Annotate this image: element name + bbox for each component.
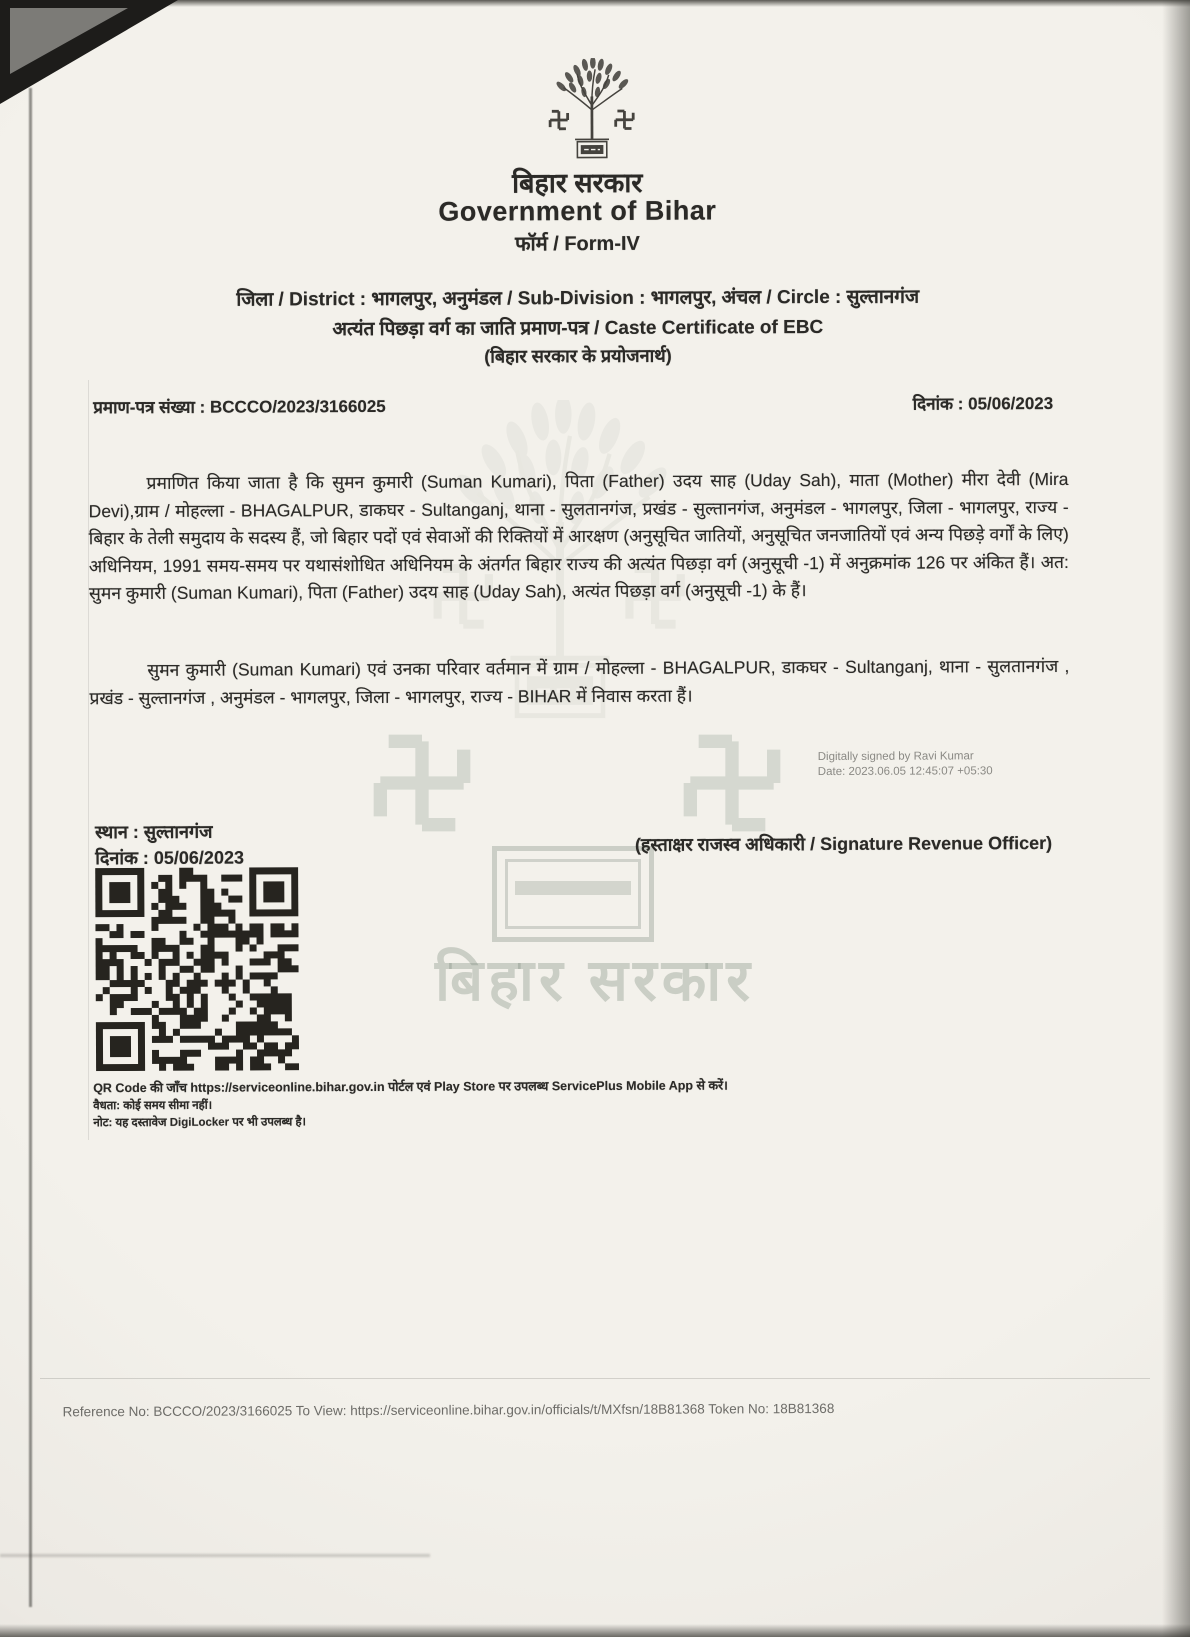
org-name-english: Government of Bihar — [87, 194, 1067, 229]
scan-crease — [88, 380, 89, 1140]
district-line: जिला / District : भागलपुर, अनुमंडल / Sub… — [88, 282, 1068, 312]
scan-edge-top — [150, 0, 1190, 7]
residence-paragraph: सुमन कुमारी (Suman Kumari) एवं उनका परिव… — [89, 653, 1069, 712]
digilocker-note: नोट: यह दस्तावेज DigiLocker पर भी उपलब्ध… — [93, 1112, 853, 1133]
scan-edge-left — [29, 88, 32, 1607]
signature-officer-line: (हस्ताक्षर राजस्व अधिकारी / Signature Re… — [635, 831, 1052, 857]
certificate-title: अत्यंत पिछड़ा वर्ग का जाति प्रमाण-पत्र /… — [88, 312, 1068, 342]
scan-fold-line — [40, 1378, 1150, 1379]
digital-signature-line2: Date: 2023.06.05 12:45:07 +05:30 — [818, 764, 993, 780]
digital-signature-note: Digitally signed by Ravi Kumar Date: 202… — [818, 749, 993, 780]
scan-edge-right — [1162, 0, 1190, 1637]
place-line: स्थान : सुल्तानगंज — [95, 820, 212, 845]
certificate-number: प्रमाण-पत्र संख्या : BCCCO/2023/3166025 — [93, 394, 386, 418]
certificate-body-paragraph: प्रमाणित किया जाता है कि सुमन कुमारी (Su… — [88, 466, 1069, 608]
scanned-certificate-page: { "header": { "org_hi": "बिहार सरकार", "… — [0, 0, 1190, 1637]
certificate-meta-row: प्रमाण-पत्र संख्या : BCCCO/2023/3166025 … — [93, 391, 1053, 418]
scan-streak — [0, 1554, 430, 1557]
qr-caption-block: QR Code की जाँच https://serviceonline.bi… — [93, 1077, 853, 1133]
form-number: फॉर्म / Form-IV — [87, 227, 1067, 258]
purpose-line: (बिहार सरकार के प्रयोजनार्थ) — [88, 342, 1068, 370]
qr-code — [95, 867, 299, 1071]
signature-date-line: दिनांक : 05/06/2023 — [95, 846, 244, 871]
scan-edge-bottom — [0, 1624, 1190, 1637]
digital-signature-line1: Digitally signed by Ravi Kumar — [818, 749, 993, 765]
reference-line: Reference No: BCCCO/2023/3166025 To View… — [63, 1401, 835, 1419]
certificate-content: बिहार सरकार Government of Bihar फॉर्म / … — [0, 0, 1190, 1637]
issue-date: दिनांक : 05/06/2023 — [913, 391, 1054, 415]
bihar-emblem-icon — [518, 58, 666, 163]
